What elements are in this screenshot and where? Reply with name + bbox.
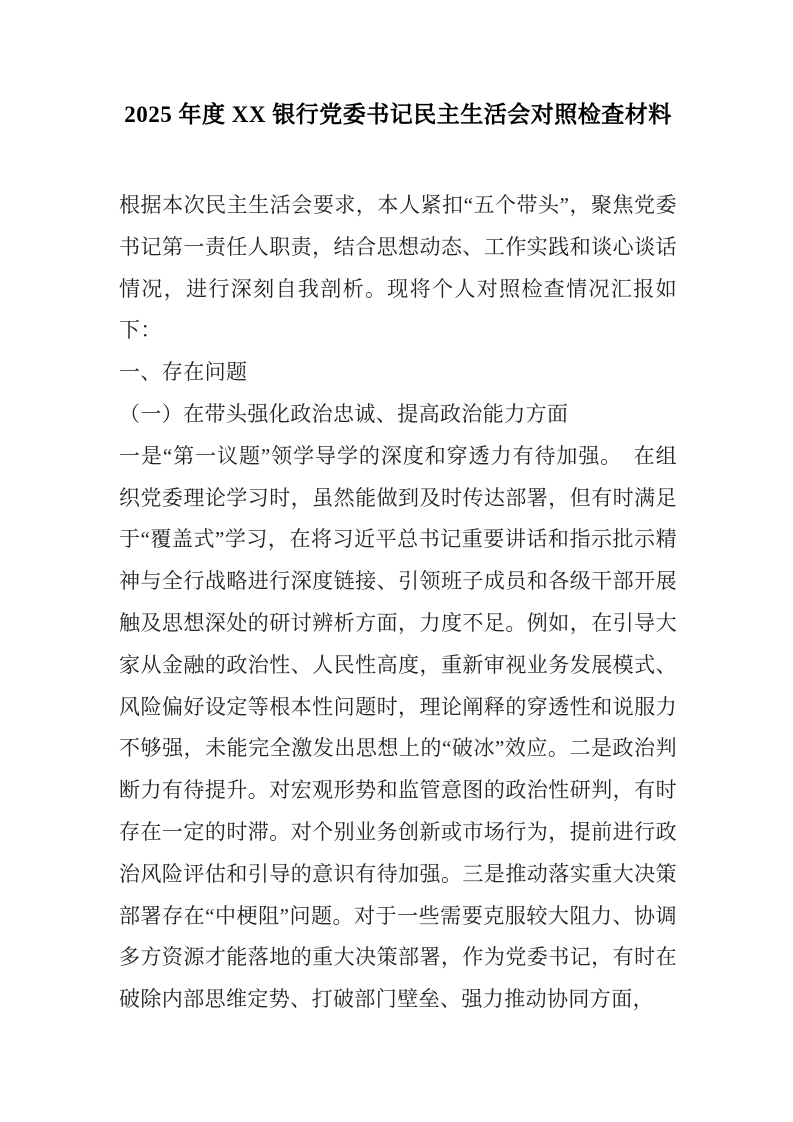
subsection-heading-political-loyalty: （一）在带头强化政治忠诚、提高政治能力方面 [119, 394, 677, 436]
section-heading-existing-problems: 一、存在问题 [119, 352, 677, 394]
body-paragraph-problems-detail: 一是“第一议题”领学导学的深度和穿透力有待加强。 在组织党委理论学习时，虽然能做… [119, 436, 677, 1021]
document-title: 2025 年度 XX 银行党委书记民主生活会对照检查材料 [119, 97, 677, 133]
document-page: 2025 年度 XX 银行党委书记民主生活会对照检查材料 根据本次民主生活会要求… [0, 0, 793, 1122]
intro-paragraph: 根据本次民主生活会要求，本人紧扣“五个带头”，聚焦党委书记第一责任人职责，结合思… [119, 185, 677, 352]
document-content: 2025 年度 XX 银行党委书记民主生活会对照检查材料 根据本次民主生活会要求… [119, 0, 677, 1021]
